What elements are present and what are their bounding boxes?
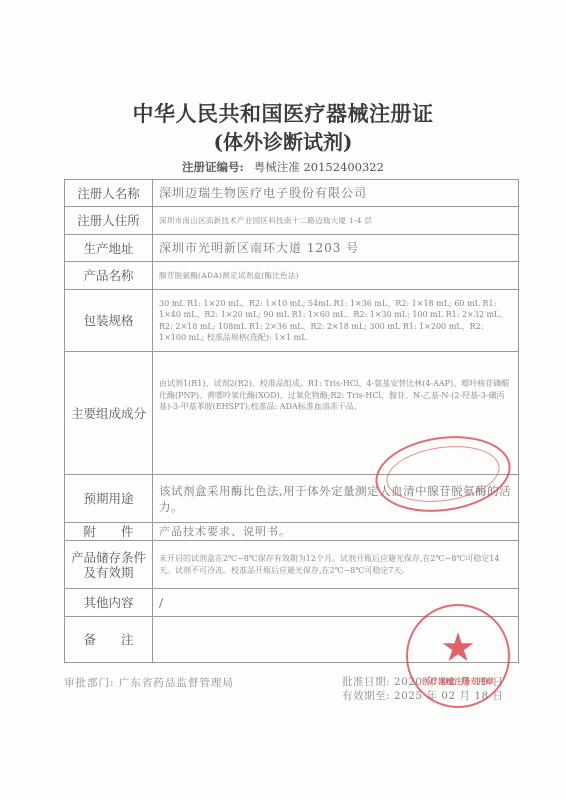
company-seal-inner-ring: [383, 439, 503, 508]
table-row: 产品储存条件 及有效期 未开启的试剂盒在2℃~8℃保存有效期为12个月。试剂开瓶…: [65, 541, 519, 589]
row-label: 预期用途: [65, 475, 153, 523]
table-row: 注册人住所 深圳市南山区高新技术产业园区科技南十二路迈瑞大厦 1-4 层: [65, 207, 519, 235]
table-row: 生产地址 深圳市光明新区南环大道 1203 号: [65, 235, 519, 262]
valid-until-label: 有效期至:: [342, 690, 390, 702]
row-label-line1: 产品储存条件: [71, 550, 146, 565]
row-value-product-name: 腺苷脱氨酶(ADA)测定试剂盒(酶比色法): [153, 262, 519, 290]
row-label: 附 件: [65, 523, 153, 541]
approval-date-label: 批准日期:: [342, 676, 390, 688]
table-row: 产品名称 腺苷脱氨酶(ADA)测定试剂盒(酶比色法): [65, 262, 519, 290]
certificate-subtitle: (体外诊断试剂): [0, 126, 566, 155]
official-seal-text: 医疗器械注册专用章: [408, 676, 508, 687]
table-row: 包装规格 30 mL R1: 1×20 mL、R2: 1×10 mL; 54mL…: [65, 290, 519, 352]
row-label-line2: 及有效期: [71, 565, 146, 580]
row-label: 生产地址: [65, 235, 153, 262]
registration-number-label: 注册证编号:: [182, 160, 244, 174]
table-row: 附 件 产品技术要求、说明书。: [65, 523, 519, 541]
certificate-table: 注册人名称 深圳迈瑞生物医疗电子股份有限公司 注册人住所 深圳市南山区高新技术产…: [64, 179, 519, 663]
certificate-title: 中华人民共和国医疗器械注册证: [0, 98, 566, 128]
approval-dept-value: 广东省药品监督管理局: [119, 677, 234, 689]
star-icon: ★: [408, 628, 508, 668]
approval-dept-label: 审批部门:: [64, 677, 115, 689]
row-label: 包装规格: [65, 290, 153, 352]
approval-department: 审批部门: 广东省药品监督管理局: [64, 675, 234, 690]
row-value-registrant-address: 深圳市南山区高新技术产业园区科技南十二路迈瑞大厦 1-4 层: [153, 207, 519, 235]
row-label: 注册人住所: [65, 207, 153, 235]
row-label: 产品名称: [65, 262, 153, 290]
registration-number: 注册证编号:粤械注准 20152400322: [0, 159, 566, 175]
official-seal: ★ 医疗器械注册专用章: [406, 604, 510, 708]
row-value-package-spec: 30 mL R1: 1×20 mL、R2: 1×10 mL; 54mL R1: …: [153, 290, 519, 352]
row-label: 其他内容: [65, 589, 153, 617]
row-value-production-address: 深圳市光明新区南环大道 1203 号: [153, 235, 519, 262]
row-value-registrant-name: 深圳迈瑞生物医疗电子股份有限公司: [153, 180, 519, 207]
row-label: 注册人名称: [65, 180, 153, 207]
row-value-attachments: 产品技术要求、说明书。: [153, 523, 519, 541]
row-label: 主要组成成分: [65, 352, 153, 475]
row-value-storage: 未开启的试剂盒在2℃~8℃保存有效期为12个月。试剂开瓶后应避光保存,在2℃~8…: [153, 541, 519, 589]
registration-number-value: 粤械注准 20152400322: [254, 160, 384, 174]
row-label-storage: 产品储存条件 及有效期: [65, 541, 153, 589]
table-row: 注册人名称 深圳迈瑞生物医疗电子股份有限公司: [65, 180, 519, 207]
row-label: 备 注: [65, 617, 153, 663]
